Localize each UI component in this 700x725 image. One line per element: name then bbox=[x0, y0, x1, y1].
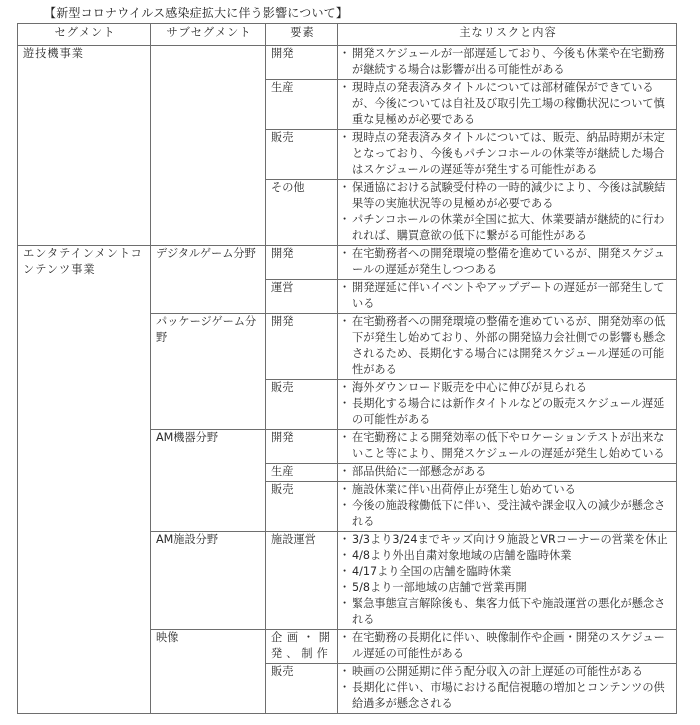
element-cell: 開発 bbox=[266, 46, 338, 80]
segment-cell: 遊技機事業 bbox=[18, 46, 151, 246]
table-row: エンタテインメントコンテンツ事業 デジタルゲーム分野 開発 在宅勤務者への開発環… bbox=[18, 246, 677, 280]
risk-item: 緊急事態宣言解除後も、集客力低下や施設運営の悪化が懸念される bbox=[342, 596, 674, 628]
risk-item: 今後の施設稼働低下に伴い、受注減や課金収入の減少が懸念される bbox=[342, 498, 674, 530]
header-risks: 主なリスクと内容 bbox=[338, 24, 677, 46]
risk-item: 海外ダウンロード販売を中心に伸びが見られる bbox=[342, 380, 674, 396]
element-cell: 販売 bbox=[266, 130, 338, 180]
risk-item: 映画の公開延期に伴う配分収入の計上遅延の可能性がある bbox=[342, 664, 674, 680]
element-cell: その他 bbox=[266, 180, 338, 246]
risk-item: 長期化に伴い、市場における配信視聴の増加とコンテンツの供給過多が懸念される bbox=[342, 680, 674, 712]
risk-item: 部品供給に一部懸念がある bbox=[342, 464, 674, 480]
risk-item: 在宅勤務者への開発環境の整備を進めているが、開発スケジュールの遅延が発生しつつあ… bbox=[342, 246, 674, 278]
element-cell: 施設運営 bbox=[266, 532, 338, 630]
subsegment-cell bbox=[151, 46, 266, 246]
risk-item: 5/8より一部地域の店舗で営業再開 bbox=[342, 580, 674, 596]
risk-cell: 在宅勤務者への開発環境の整備を進めているが、開発効率の低下が発生し始めており、外… bbox=[338, 314, 677, 380]
element-cell: 企画・開発、制作 bbox=[266, 630, 338, 664]
table-row: 遊技機事業 開発 開発スケジュールが一部遅延しており、今後も休業や在宅勤務が継続… bbox=[18, 46, 677, 80]
risk-cell: 施設休業に伴い出荷停止が発生し始めている 今後の施設稼働低下に伴い、受注減や課金… bbox=[338, 482, 677, 532]
element-cell: 生産 bbox=[266, 80, 338, 130]
risk-cell: 現時点の発表済みタイトルについては部材確保ができているが、今後については自社及び… bbox=[338, 80, 677, 130]
subsegment-cell: 映像 bbox=[151, 630, 266, 714]
element-cell: 運営 bbox=[266, 280, 338, 314]
risk-cell: 在宅勤務者への開発環境の整備を進めているが、開発スケジュールの遅延が発生しつつあ… bbox=[338, 246, 677, 280]
risk-cell: 部品供給に一部懸念がある bbox=[338, 464, 677, 482]
risk-item: 開発スケジュールが一部遅延しており、今後も休業や在宅勤務が継続する場合は影響が出… bbox=[342, 46, 674, 78]
risk-item: 在宅勤務の長期化に伴い、映像制作や企画・開発のスケジュール遅延の可能性がある bbox=[342, 630, 674, 662]
subsegment-cell: デジタルゲーム分野 bbox=[151, 246, 266, 314]
risk-item: 開発遅延に伴いイベントやアップデートの遅延が一部発生している bbox=[342, 280, 674, 312]
document-title: 【新型コロナウイルス感染症拡大に伴う影響について】 bbox=[44, 5, 348, 21]
covid-impact-table: セグメント サブセグメント 要素 主なリスクと内容 遊技機事業 開発 開発スケジ… bbox=[17, 23, 677, 714]
risk-item: 現時点の発表済みタイトルについては、販売、納品時期が未定となっており、今後もパチ… bbox=[342, 130, 674, 178]
risk-cell: 3/3より3/24までキッズ向け９施設とVRコーナーの営業を休止 4/8より外出… bbox=[338, 532, 677, 630]
element-cell: 開発 bbox=[266, 430, 338, 464]
subsegment-cell: AM施設分野 bbox=[151, 532, 266, 630]
segment-cell: エンタテインメントコンテンツ事業 bbox=[18, 246, 151, 714]
subsegment-cell: AM機器分野 bbox=[151, 430, 266, 532]
element-cell: 販売 bbox=[266, 664, 338, 714]
header-element: 要素 bbox=[266, 24, 338, 46]
risk-item: 施設休業に伴い出荷停止が発生し始めている bbox=[342, 482, 674, 498]
risk-cell: 在宅勤務による開発効率の低下やロケーションテストが出来ないこと等により、開発スケ… bbox=[338, 430, 677, 464]
table-header-row: セグメント サブセグメント 要素 主なリスクと内容 bbox=[18, 24, 677, 46]
element-cell: 開発 bbox=[266, 314, 338, 380]
risk-item: 長期化する場合には新作タイトルなどの販売スケジュール遅延の可能性がある bbox=[342, 396, 674, 428]
risk-item: 保通協における試験受付枠の一時的減少により、今後は試験結果等の実施状況等の見極め… bbox=[342, 180, 674, 212]
risk-item: 現時点の発表済みタイトルについては部材確保ができているが、今後については自社及び… bbox=[342, 80, 674, 128]
risk-item: 4/17より全国の店舗を臨時休業 bbox=[342, 564, 674, 580]
risk-cell: 海外ダウンロード販売を中心に伸びが見られる 長期化する場合には新作タイトルなどの… bbox=[338, 380, 677, 430]
risk-item: 在宅勤務者への開発環境の整備を進めているが、開発効率の低下が発生し始めており、外… bbox=[342, 314, 674, 378]
element-cell: 開発 bbox=[266, 246, 338, 280]
risk-cell: 映画の公開延期に伴う配分収入の計上遅延の可能性がある 長期化に伴い、市場における… bbox=[338, 664, 677, 714]
header-segment: セグメント bbox=[18, 24, 151, 46]
risk-item: 4/8より外出自粛対象地域の店舗を臨時休業 bbox=[342, 548, 674, 564]
subsegment-cell: パッケージゲーム分野 bbox=[151, 314, 266, 430]
header-subsegment: サブセグメント bbox=[151, 24, 266, 46]
risk-cell: 保通協における試験受付枠の一時的減少により、今後は試験結果等の実施状況等の見極め… bbox=[338, 180, 677, 246]
risk-item: パチンコホールの休業が全国に拡大、休業要請が継続的に行われれば、購買意欲の低下に… bbox=[342, 212, 674, 244]
element-cell: 販売 bbox=[266, 482, 338, 532]
risk-cell: 開発遅延に伴いイベントやアップデートの遅延が一部発生している bbox=[338, 280, 677, 314]
risk-cell: 現時点の発表済みタイトルについては、販売、納品時期が未定となっており、今後もパチ… bbox=[338, 130, 677, 180]
risk-item: 在宅勤務による開発効率の低下やロケーションテストが出来ないこと等により、開発スケ… bbox=[342, 430, 674, 462]
element-cell: 販売 bbox=[266, 380, 338, 430]
risk-cell: 開発スケジュールが一部遅延しており、今後も休業や在宅勤務が継続する場合は影響が出… bbox=[338, 46, 677, 80]
risk-item: 3/3より3/24までキッズ向け９施設とVRコーナーの営業を休止 bbox=[342, 532, 674, 548]
risk-cell: 在宅勤務の長期化に伴い、映像制作や企画・開発のスケジュール遅延の可能性がある bbox=[338, 630, 677, 664]
element-cell: 生産 bbox=[266, 464, 338, 482]
